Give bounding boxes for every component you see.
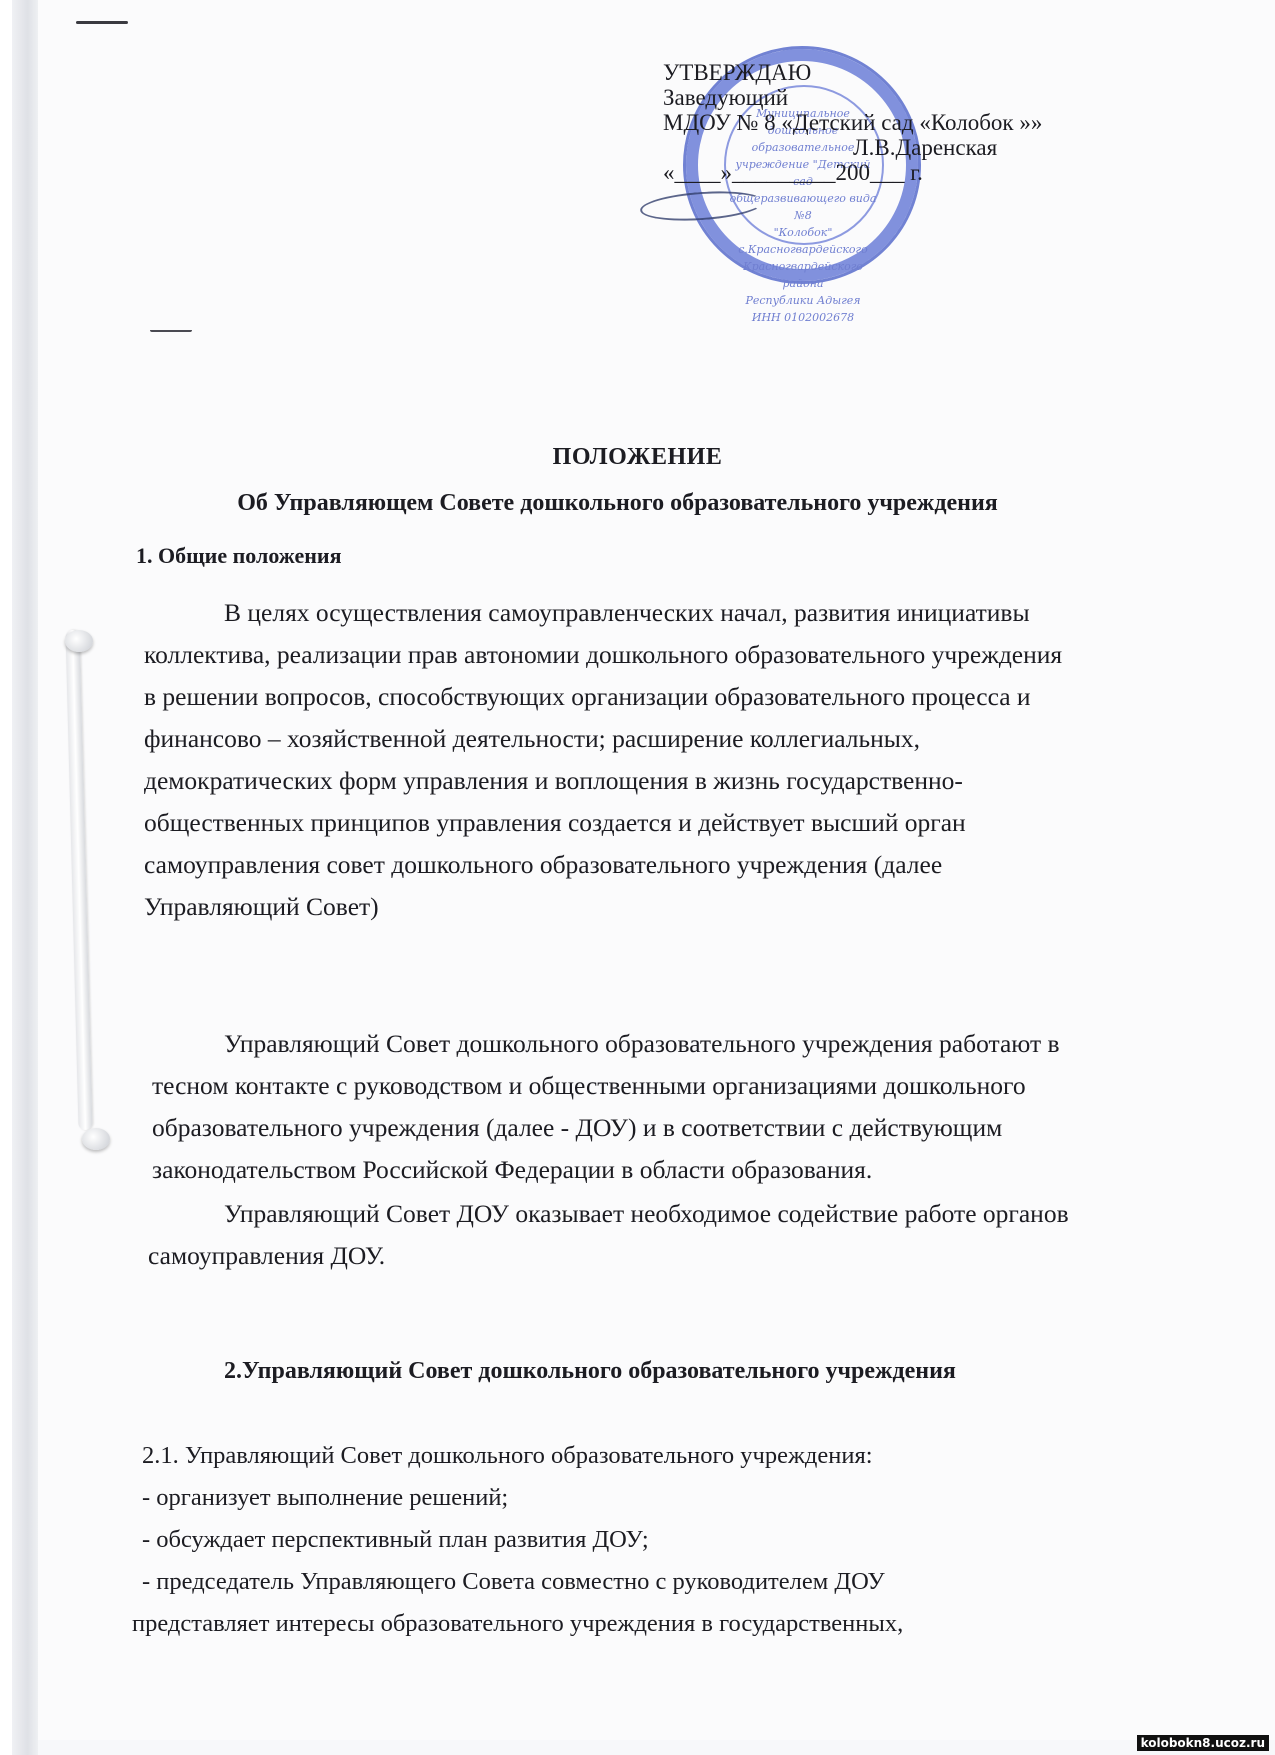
list-item: - организует выполнение решений; <box>142 1477 1202 1519</box>
approval-signatory: Л.В.Даренская <box>663 135 1183 160</box>
stamp-line: Красногвардейского района <box>726 258 880 292</box>
section-1-paragraph-3: Управляющий Совет ДОУ оказывает необходи… <box>148 1193 1208 1277</box>
list-item: - председатель Управляющего Совета совме… <box>142 1561 1202 1603</box>
text-line: тесном контакте с руководством и обществ… <box>152 1065 1202 1107</box>
text-line: образовательного учреждения (далее - ДОУ… <box>152 1107 1202 1149</box>
text-line: Управляющий Совет) <box>144 886 1204 928</box>
document-title: ПОЛОЖЕНИЕ <box>0 444 1275 471</box>
text-line: в решении вопросов, способствующих орган… <box>144 676 1204 718</box>
stamp-line: "Колобок" с.Красногвардейского <box>726 224 880 258</box>
hole-punch-mark-middle <box>150 330 192 332</box>
text-line: демократических форм управления и воплощ… <box>144 760 1204 802</box>
section-1-paragraph-2: Управляющий Совет дошкольного образовате… <box>152 1023 1202 1191</box>
hole-punch-mark-top <box>76 21 128 24</box>
section-2-heading: 2.Управляющий Совет дошкольного образова… <box>224 1358 956 1385</box>
thread-knot-top <box>65 630 93 652</box>
approval-position: Заведующий <box>663 85 1183 110</box>
text-line: Управляющий Совет дошкольного образовате… <box>152 1023 1202 1065</box>
site-watermark: kolobokn8.ucoz.ru <box>1137 1735 1269 1751</box>
text-line: законодательством Российской Федерации в… <box>152 1149 1202 1191</box>
text-line: Управляющий Совет ДОУ оказывает необходи… <box>148 1193 1208 1235</box>
approval-block: УТВЕРЖДАЮ Заведующий МДОУ № 8 «Детский с… <box>663 60 1183 185</box>
stamp-line: ИНН 0102002678 <box>726 309 880 326</box>
text-line: общественных принципов управления создае… <box>144 802 1204 844</box>
text-line: В целях осуществления самоуправленческих… <box>144 592 1204 634</box>
list-item: представляет интересы образовательного у… <box>132 1603 1202 1645</box>
list-item: 2.1. Управляющий Совет дошкольного образ… <box>142 1435 1202 1477</box>
list-item: - обсуждает перспективный план развития … <box>142 1519 1202 1561</box>
document-subtitle: Об Управляющем Совете дошкольного образо… <box>0 490 1255 517</box>
approval-heading: УТВЕРЖДАЮ <box>663 60 1183 85</box>
approval-institution: МДОУ № 8 «Детский сад «Колобок »» <box>663 110 1183 135</box>
text-line: коллектива, реализации прав автономии до… <box>144 634 1204 676</box>
text-line: самоуправления совет дошкольного образов… <box>144 844 1204 886</box>
binding-shadow <box>12 0 38 1755</box>
text-line: самоуправления ДОУ. <box>148 1235 1208 1277</box>
stamp-line: Республики Адыгея <box>726 292 880 309</box>
thread-knot-bottom <box>82 1128 110 1150</box>
section-1-paragraph-1: В целях осуществления самоуправленческих… <box>144 592 1204 928</box>
section-1-heading: 1. Общие положения <box>136 543 342 569</box>
text-line: финансово – хозяйственной деятельности; … <box>144 718 1204 760</box>
section-2-list: 2.1. Управляющий Совет дошкольного образ… <box>142 1395 1202 1645</box>
approval-date: «____»_________200___ г. <box>663 160 1183 185</box>
